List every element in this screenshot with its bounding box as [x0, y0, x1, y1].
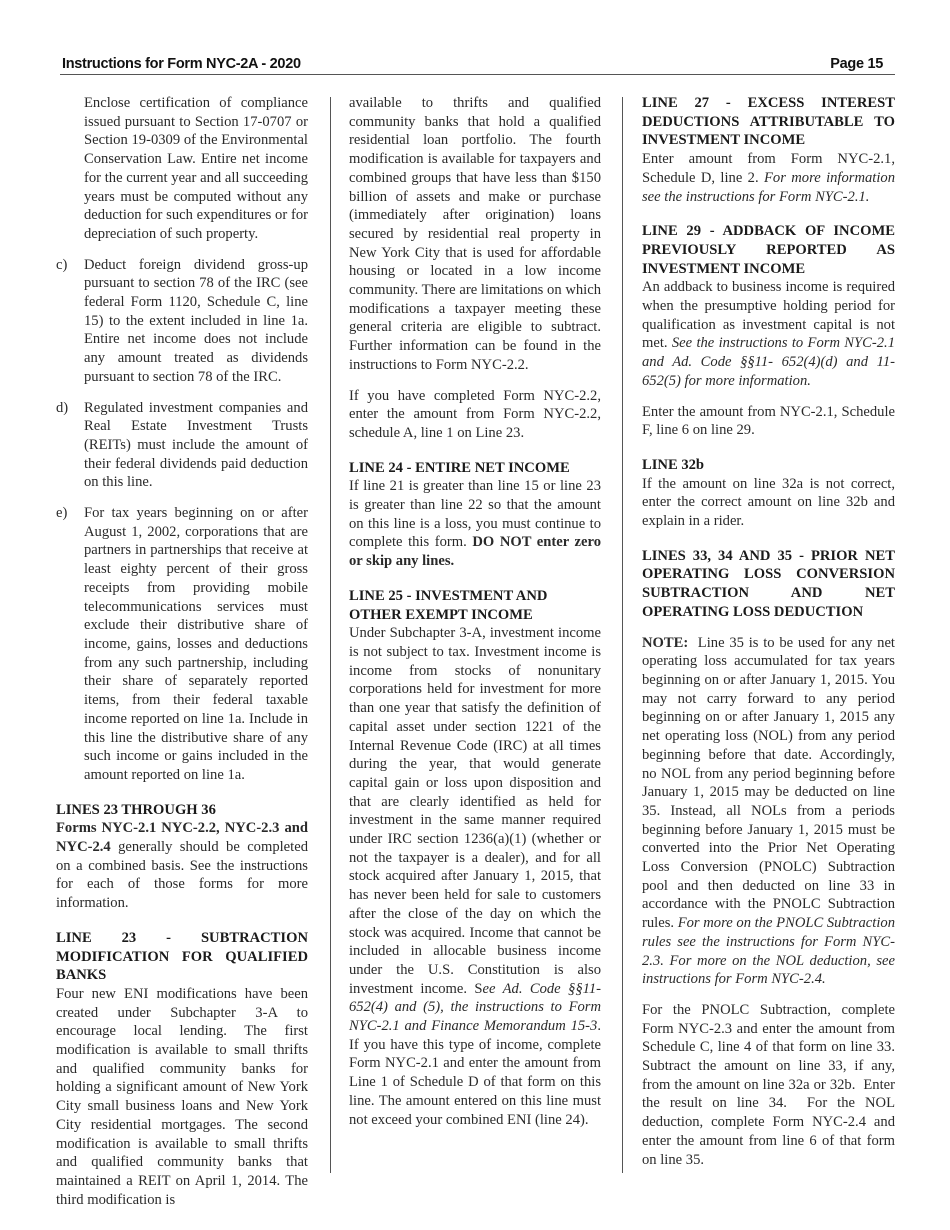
line-32b-paragraph: If the amount on line 32a is not correct…: [642, 475, 895, 531]
line-24-paragraph: If line 21 is greater than line 15 or li…: [349, 477, 601, 571]
line-23-nyc22-paragraph: If you have completed Form NYC-2.2, ente…: [349, 387, 601, 443]
document-title: Instructions for Form NYC-2A - 2020: [62, 56, 301, 72]
section-heading-line-23: LINE 23 - SUBTRACTION MODIFICATION FOR Q…: [56, 929, 308, 985]
section-heading-lines-33-35: LINES 33, 34 AND 35 - PRIOR NET OPERATIN…: [642, 547, 895, 622]
list-item-text: For tax years beginning on or after Augu…: [84, 505, 308, 783]
section-heading-line-32b: LINE 32b: [642, 456, 895, 475]
column-divider-2: [622, 97, 623, 1173]
section-heading-line-24: LINE 24 - ENTIRE NET INCOME: [349, 459, 601, 478]
line-29-reference: See the instructions to Form NYC-2.1 and…: [642, 335, 895, 388]
heading-part: LINE 25 - INVESTMENT AND: [349, 588, 547, 604]
column-1: Enclose certification of compliance issu…: [56, 94, 308, 1221]
list-marker: e): [56, 504, 67, 523]
list-item-text: Deduct foreign dividend gross-up pursuan…: [84, 257, 308, 385]
note-label: NOTE:: [642, 635, 688, 651]
line-23-paragraph: Four new ENI modifications have been cre…: [56, 985, 308, 1209]
column-divider-1: [330, 97, 331, 1173]
list-item-text: Regulated investment companies and Real …: [84, 400, 308, 491]
list-marker: c): [56, 256, 67, 275]
section-heading-line-27: LINE 27 - EXCESS INTEREST DEDUCTIONS ATT…: [642, 94, 895, 150]
section-heading-line-25: LINE 25 - INVESTMENT AND OTHER EXEMPT IN…: [349, 587, 601, 624]
heading-part: OTHER EXEMPT INCOME: [349, 607, 533, 623]
column-2: available to thrifts and qualified commu…: [349, 94, 601, 1141]
note-reference: For more on the PNOLC Subtraction rules …: [642, 915, 895, 987]
line-23-continued-paragraph: available to thrifts and qualified commu…: [349, 94, 601, 375]
line-25-paragraph: Under Subchapter 3-A, investment income …: [349, 624, 601, 1129]
section-heading-line-29: LINE 29 - ADDBACK OF INCOME PREVIOUSLY R…: [642, 222, 895, 278]
note-text: Line 35 is to be used for any net operat…: [642, 635, 899, 932]
forms-paragraph: Forms NYC-2.1 NYC-2.2, NYC-2.3 and NYC-2…: [56, 819, 308, 913]
page-header: Instructions for Form NYC-2A - 2020 Page…: [60, 56, 895, 75]
line-25-text: Under Subchapter 3-A, investment income …: [349, 625, 601, 996]
pnolc-paragraph: For the PNOLC Subtraction, complete Form…: [642, 1001, 895, 1169]
list-item-c: c) Deduct foreign dividend gross-up purs…: [56, 256, 308, 387]
line-25-tail: . If you have this type of income, compl…: [349, 1018, 601, 1128]
line-27-paragraph: Enter amount from Form NYC-2.1, Schedule…: [642, 150, 895, 206]
list-marker: d): [56, 399, 68, 418]
column-3: LINE 27 - EXCESS INTEREST DEDUCTIONS ATT…: [642, 94, 895, 1181]
line-29-enter-paragraph: Enter the amount from NYC-2.1, Schedule …: [642, 403, 895, 440]
note-paragraph: NOTE: Line 35 is to be used for any net …: [642, 634, 895, 989]
list-item-e: e) For tax years beginning on or after A…: [56, 504, 308, 785]
section-heading-lines-23-36: LINES 23 THROUGH 36: [56, 801, 308, 820]
intro-paragraph: Enclose certification of compliance issu…: [56, 94, 308, 244]
line-29-paragraph: An addback to business income is require…: [642, 278, 895, 390]
list-item-d: d) Regulated investment companies and Re…: [56, 399, 308, 493]
page-number: Page 15: [830, 56, 883, 72]
